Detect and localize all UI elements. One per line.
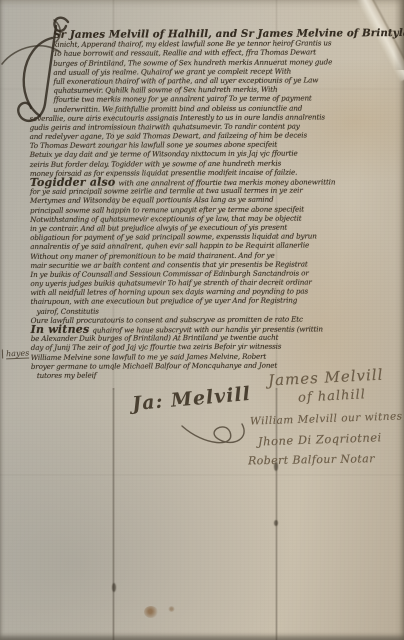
witness-signature: Robert Balfour Notar (248, 452, 404, 468)
manuscript-text: Sr James Melvill of Halhill, and Sr Jame… (29, 29, 403, 380)
ink-stain (144, 606, 158, 618)
line-text: broyer germane to umqle Michaell Balfour… (31, 360, 277, 370)
signature-principal: Ja: Melvill (131, 383, 251, 415)
manuscript-photo: Sr James Melvill of Halhill, and Sr Jame… (0, 0, 404, 640)
line-text: tutores my beleif (37, 371, 96, 380)
signature-flourish-icon (178, 412, 258, 454)
fold-crease-horizontal-lower (0, 474, 404, 476)
witness-signatures: James Melvill of halhill William Melvill… (248, 368, 404, 466)
witness-signature: William Melvill our witnes (250, 410, 404, 427)
margin-insertion-note: hayes (2, 349, 30, 359)
crease-knot (274, 520, 278, 526)
crease-knot (112, 583, 116, 592)
witness-signature: of halhill (298, 385, 404, 406)
fold-crease-vertical-left-lower (112, 388, 115, 640)
paper-sheet: Sr James Melvill of Halhill, and Sr Jame… (0, 0, 404, 640)
margin-note-text: hayes (6, 349, 30, 360)
ink-stain-small (168, 606, 175, 612)
witness-signature: Jhone Di Zoqriotnei (258, 429, 404, 448)
line-text: thairupoun, with ane executioun but prej… (30, 296, 297, 306)
line-text: yairof, Constitutis (37, 306, 99, 315)
line-text: full exoneratioun thairof with of parthe… (53, 75, 318, 85)
